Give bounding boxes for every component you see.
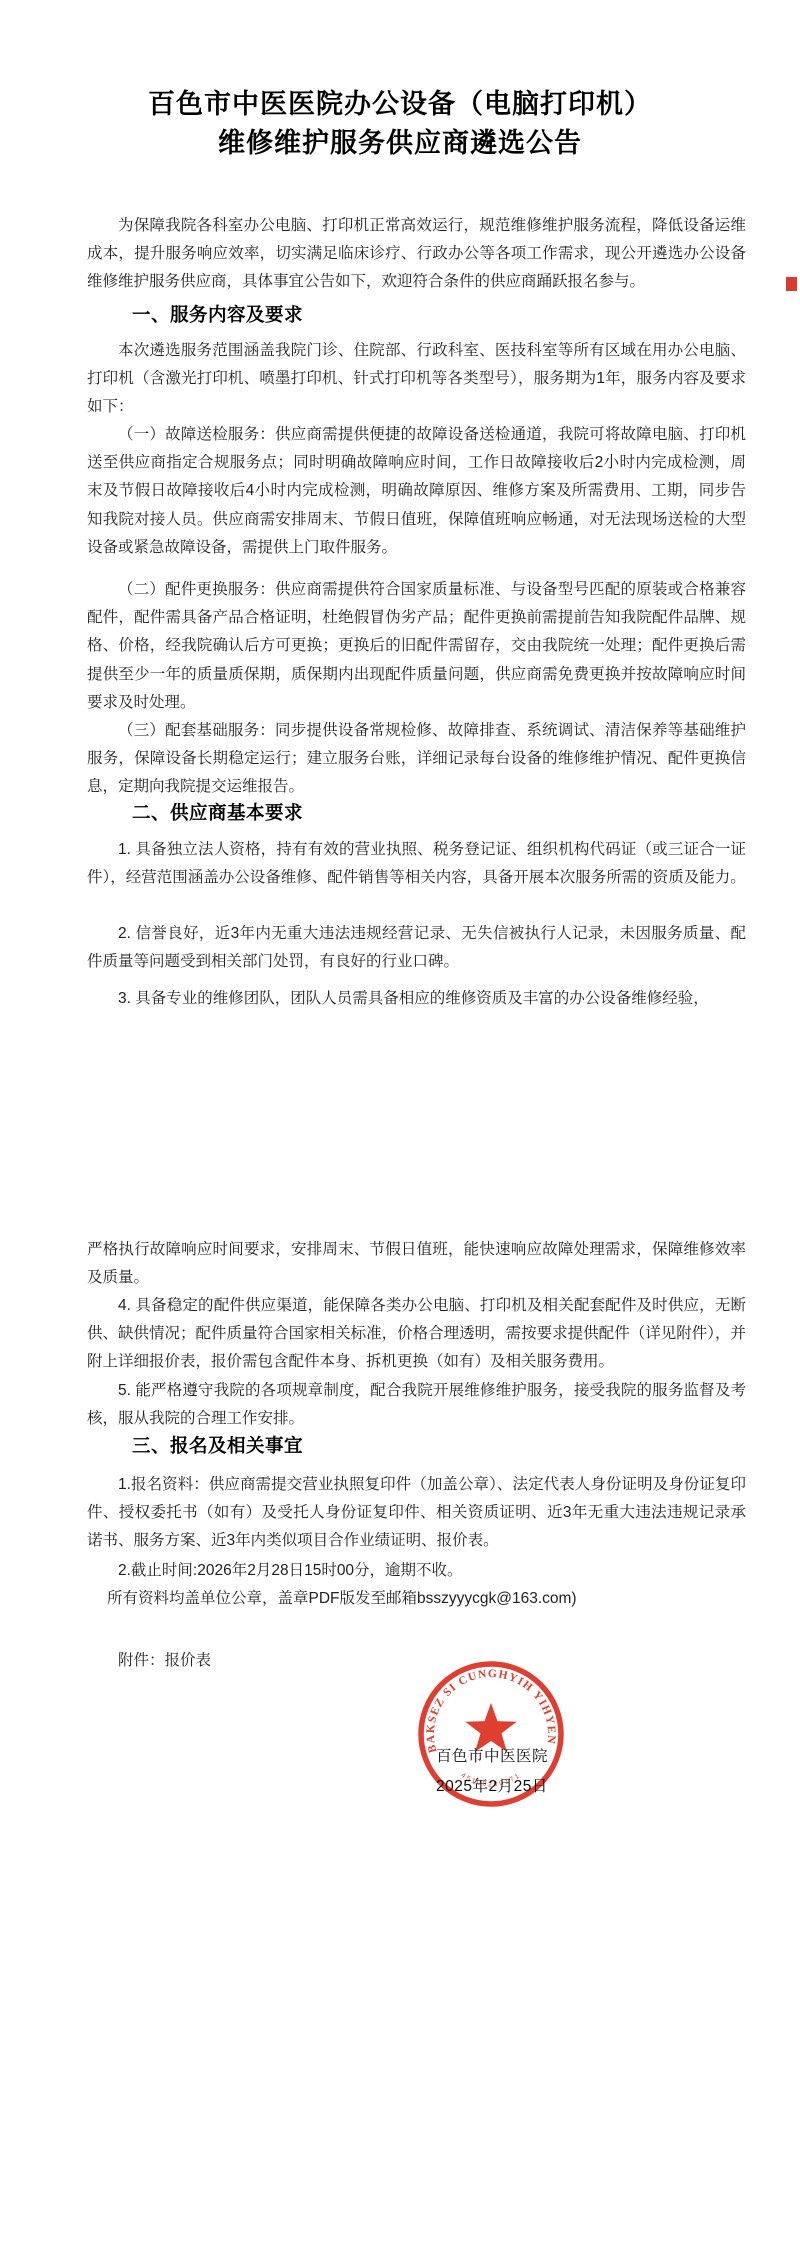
document-page: 百色市中医医院办公设备（电脑打印机） 维修维护服务供应商遴选公告 为保障我院各科… [0, 0, 800, 2260]
section2-req1-paragraph: 1. 具备独立法人资格，持有有效的营业执照、税务登记证、组织机构代码证（或三证合… [87, 836, 746, 892]
section1-item2-paragraph: （二）配件更换服务：供应商需提供符合国家质量标准、与设备型号匹配的原装或合格兼容… [87, 576, 746, 717]
section2-req4-paragraph: 4. 具备稳定的配件供应渠道，能保障各类办公电脑、打印机及相关配套配件及时供应，… [87, 1292, 746, 1377]
section3-item1-paragraph: 1.报名资料：供应商需提交营业执照复印件（加盖公章）、法定代表人身份证明及身份证… [87, 1471, 746, 1556]
section3-heading: 三、报名及相关事宜 [132, 1433, 732, 1459]
section2-req3-part1-paragraph: 3. 具备专业的维修团队，团队人员需具备相应的维修资质及丰富的办公设备维修经验， [87, 985, 746, 1013]
section2-heading: 二、供应商基本要求 [132, 800, 732, 826]
signature-org: 百色市中医医院 [436, 1744, 548, 1766]
section3-item3-paragraph: 所有资料均盖单位公章，盖章PDF版发至邮箱bsszyyycgk@163.com) [87, 1585, 746, 1613]
intro-paragraph: 为保障我院各科室办公电脑、打印机正常高效运行，规范维修维护服务流程，降低设备运维… [87, 212, 746, 297]
section1-heading: 一、服务内容及要求 [132, 302, 732, 328]
document-title-line2: 维修维护服务供应商遴选公告 [0, 124, 800, 162]
section1-item1-paragraph: （一）故障送检服务：供应商需提供便捷的故障设备送检通道，我院可将故障电脑、打印机… [87, 421, 746, 562]
signature-date: 2025年2月25日 [436, 1774, 548, 1796]
section1-item3-paragraph: （三）配套基础服务：同步提供设备常规检修、故障排查、系统调试、清洁保养等基础维护… [87, 717, 746, 802]
section1-scope-paragraph: 本次遴选服务范围涵盖我院门诊、住院部、行政科室、医技科室等所有区域在用办公电脑、… [87, 337, 746, 422]
section2-req5-paragraph: 5. 能严格遵守我院的各项规章制度，配合我院开展维修维护服务，接受我院的服务监督… [87, 1377, 746, 1433]
attachment-line: 附件：报价表 [118, 1648, 211, 1670]
section2-req3-part2-paragraph: 严格执行故障响应时间要求，安排周末、节假日值班，能快速响应故障处理需求，保障维修… [87, 1236, 746, 1292]
red-annotation-marker [786, 277, 797, 291]
section2-req2-paragraph: 2. 信誉良好，近3年内无重大违法违规经营记录、无失信被执行人记录，未因服务质量… [87, 920, 746, 976]
document-title-line1: 百色市中医医院办公设备（电脑打印机） [0, 85, 800, 123]
section3-item2-paragraph: 2.截止时间:2026年2月28日15时00分，逾期不收。 [87, 1557, 746, 1585]
